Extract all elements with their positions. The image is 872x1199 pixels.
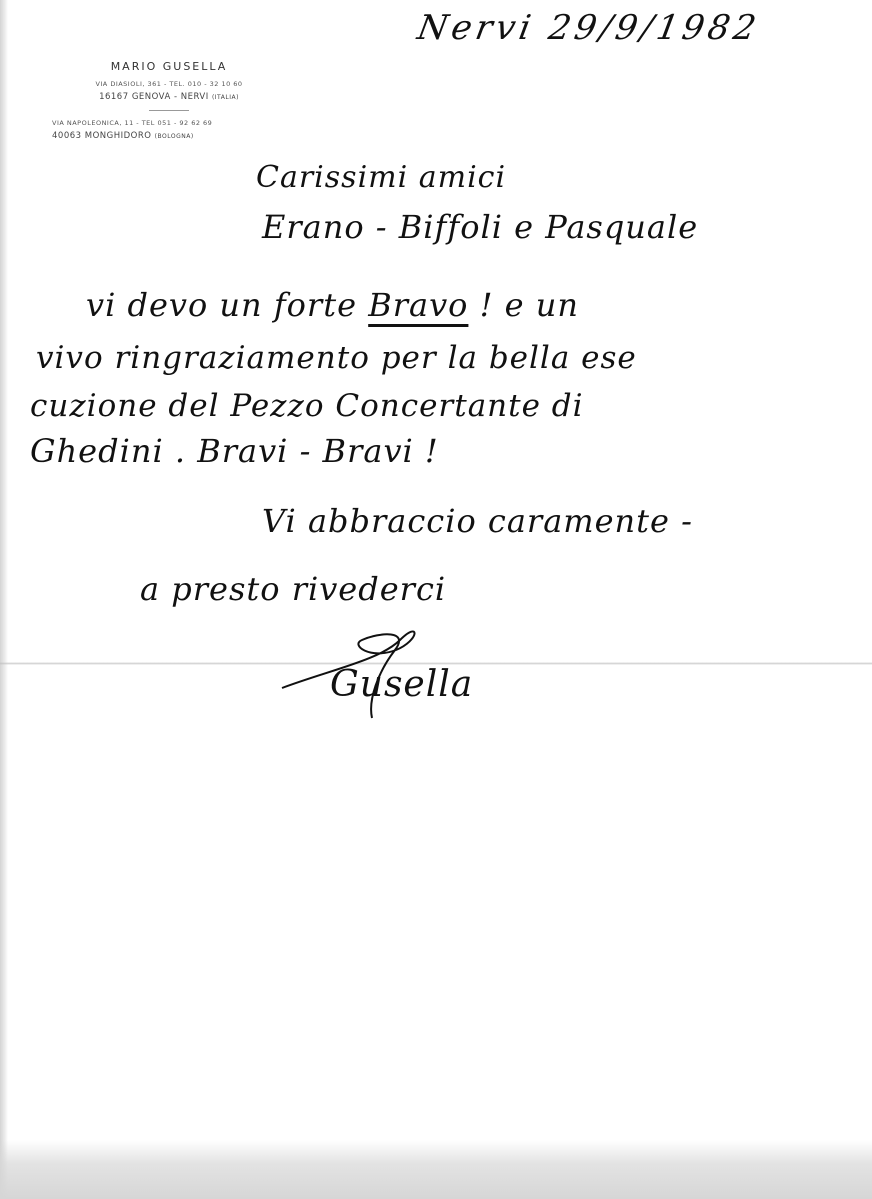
- letter-page: MARIO GUSELLA VIA DIASIOLI, 361 - TEL. 0…: [0, 0, 872, 1199]
- signature-flourish-icon: [0, 0, 872, 1199]
- signature: Gusella: [330, 664, 473, 705]
